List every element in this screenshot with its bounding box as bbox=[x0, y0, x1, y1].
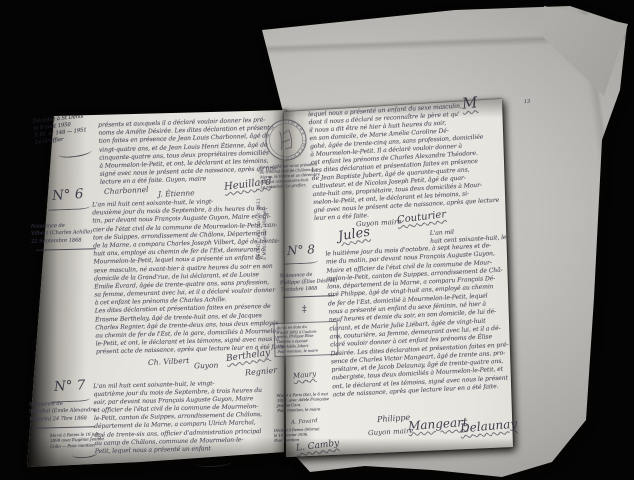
page-number: 13 bbox=[524, 99, 530, 105]
deceased-stamp: DÉCÉDÉ le 4 février 1931à Mourmelon (Mar… bbox=[257, 186, 272, 260]
entry8-body-text: le huitième jour du mois d'octobre, à se… bbox=[325, 242, 510, 400]
margin-marriage-note: Marié à Paris (Xe), le 6 mai1919, avec A… bbox=[277, 391, 329, 413]
margin-signature-maury: Maury bbox=[293, 370, 317, 380]
continued-entry-text: lequel nous a présenté un enfant du sexe… bbox=[308, 101, 500, 223]
handwriting-line: Pour mention, le maire bbox=[277, 406, 329, 413]
cross-mark: ‡ bbox=[302, 305, 306, 315]
entry8-number-flourish bbox=[284, 257, 318, 264]
register-scan: Décédée à St Denisle 8 août 1950E.M. n° … bbox=[0, 0, 634, 480]
signature-jules: Jules bbox=[337, 225, 371, 245]
signature-philippe: Philippe bbox=[377, 413, 411, 424]
timbre-imperial-stamp: TIMBRE IMPÉRIAL bbox=[261, 115, 311, 165]
stamp-line: à Mourmelon (Marne) bbox=[263, 186, 269, 260]
right-page-content: 13 M lequel nous a présenté un enfant du… bbox=[0, 0, 634, 480]
signature-delaunay: Delaunay bbox=[459, 417, 517, 436]
entry8-number: N° 8 bbox=[287, 242, 316, 257]
margin-signature-favard: A. Favard bbox=[291, 418, 318, 426]
signature-guyon-bottom: Guyon maire bbox=[368, 427, 414, 437]
